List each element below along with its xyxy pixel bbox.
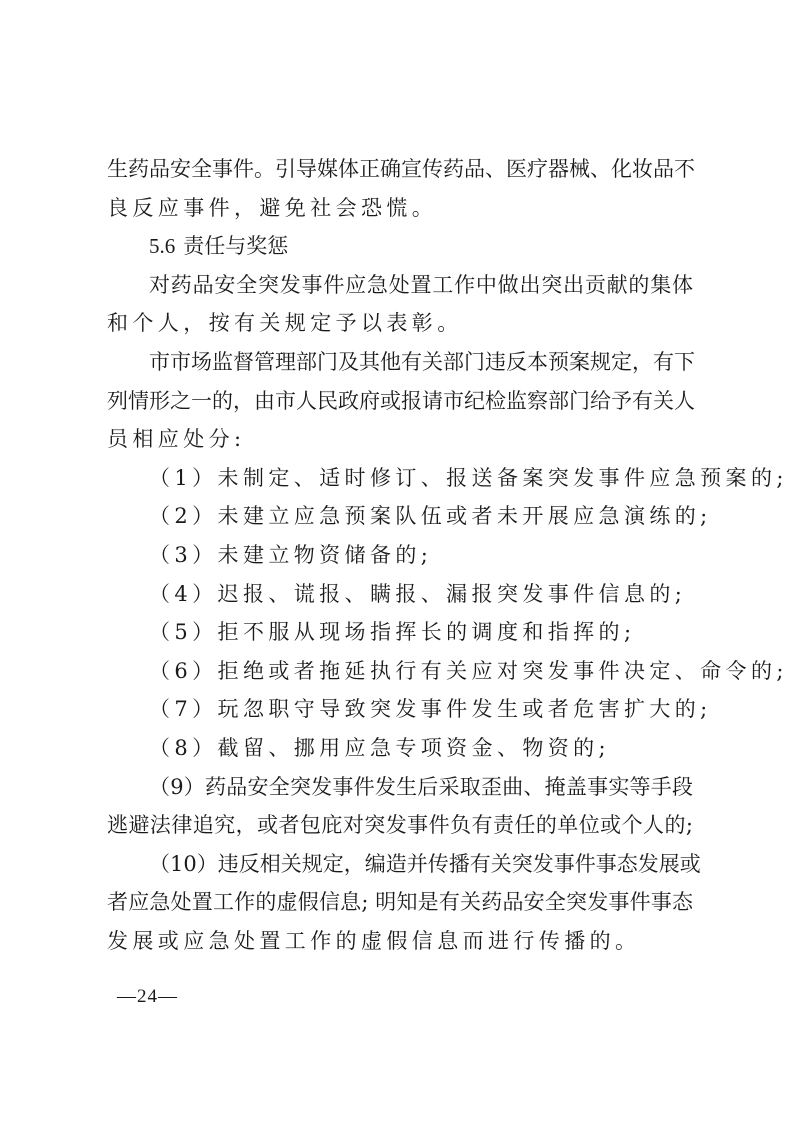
list-item: （9）药品安全突发事件发生后采取歪曲、掩盖事实等手段 <box>107 768 693 807</box>
list-item: （6）拒绝或者拖延执行有关应对突发事件决定、命令的; <box>107 652 693 691</box>
section-title: 责任与奖惩 <box>183 234 288 258</box>
paragraph-line: 对药品安全突发事件应急处置工作中做出突出贡献的集体 <box>107 266 693 305</box>
list-item: （4）迟报、谎报、瞒报、漏报突发事件信息的; <box>107 575 693 614</box>
list-item: （10）违反相关规定，编造并传播有关突发事件事态发展或 <box>107 845 693 884</box>
list-item-continuation: 者应急处置工作的虚假信息; 明知是有关药品安全突发事件事态 <box>107 883 693 922</box>
list-item: （1）未制定、适时修订、报送备案突发事件应急预案的; <box>107 459 693 498</box>
section-heading: 5.6责任与奖惩 <box>107 227 693 266</box>
paragraph-line: 和个人，按有关规定予以表彰。 <box>107 304 693 343</box>
paragraph-line: 市市场监督管理部门及其他有关部门违反本预案规定，有下 <box>107 343 693 382</box>
list-item: （3）未建立物资储备的; <box>107 536 693 575</box>
list-item: （8）截留、挪用应急专项资金、物资的; <box>107 729 693 768</box>
list-item: （2）未建立应急预案队伍或者未开展应急演练的; <box>107 497 693 536</box>
list-item: （5）拒不服从现场指挥长的调度和指挥的; <box>107 613 693 652</box>
list-item-continuation: 发展或应急处置工作的虚假信息而进行传播的。 <box>107 922 693 961</box>
paragraph-line: 员相应处分: <box>107 420 693 459</box>
page-number: —24— <box>117 986 178 1008</box>
list-item: （7）玩忽职守导致突发事件发生或者危害扩大的; <box>107 690 693 729</box>
paragraph-line: 列情形之一的，由市人民政府或报请市纪检监察部门给予有关人 <box>107 382 693 421</box>
document-page: 生药品安全事件。引导媒体正确宣传药品、医疗器械、化妆品不 良反应事件，避免社会恐… <box>107 150 693 960</box>
section-number: 5.6 <box>149 234 175 258</box>
list-item-continuation: 逃避法律追究，或者包庇对突发事件负有责任的单位或个人的; <box>107 806 693 845</box>
paragraph-line: 生药品安全事件。引导媒体正确宣传药品、医疗器械、化妆品不 <box>107 150 693 189</box>
paragraph-line: 良反应事件，避免社会恐慌。 <box>107 189 693 228</box>
